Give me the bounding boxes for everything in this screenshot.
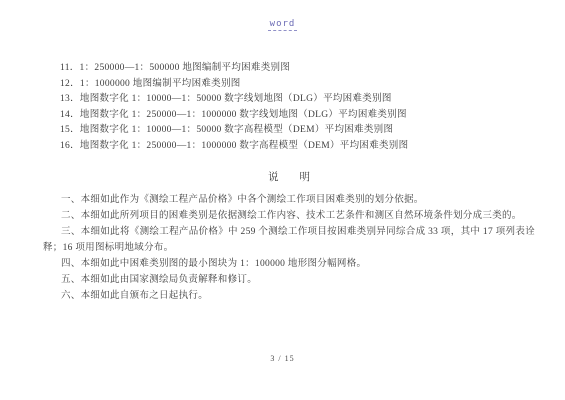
document-page: word 11．1：250000—1：500000 地图编制平均困难类别图 12… xyxy=(0,0,565,400)
list-item: 12．1：1000000 地图编制平均困难类别图 xyxy=(60,77,535,93)
page-number: 3 / 15 xyxy=(0,354,565,363)
page-header: word xyxy=(0,13,565,31)
paragraph: 六、本细如此自颁布之日起执行。 xyxy=(43,288,535,304)
paragraph: 三、本细如此将《测绘工程产品价格》中 259 个测绘工作项目按困难类别异同综合成… xyxy=(43,224,535,256)
document-content: 11．1：250000—1：500000 地图编制平均困难类别图 12．1：10… xyxy=(43,61,535,304)
paragraph: 四、本细如此中困难类别图的最小图块为 1：100000 地形图分幅网格。 xyxy=(43,256,535,272)
paragraph: 二、本细如此所列项目的困难类别是依据测绘工作内容、技术工艺条件和测区自然环境条件… xyxy=(43,208,535,224)
list-item: 16．地图数字化 1：250000—1：1000000 数字高程模型（DEM）平… xyxy=(60,139,535,155)
paragraph: 五、本细如此由国家测绘局负责解释和修订。 xyxy=(43,272,535,288)
section-title: 说 明 xyxy=(43,170,535,186)
list-item: 15．地图数字化 1：10000—1：50000 数字高程模型（DEM）平均困难… xyxy=(60,123,535,139)
list-item: 14．地图数字化 1：250000—1：1000000 数字线划地图（DLG）平… xyxy=(60,108,535,124)
notes-paragraphs: 一、本细如此作为《测绘工程产品价格》中各个测绘工作项目困难类别的划分依据。 二、… xyxy=(43,192,535,304)
difficulty-map-list: 11．1：250000—1：500000 地图编制平均困难类别图 12．1：10… xyxy=(60,61,535,154)
word-watermark-link[interactable]: word xyxy=(268,19,298,31)
list-item: 11．1：250000—1：500000 地图编制平均困难类别图 xyxy=(60,61,535,77)
list-item: 13．地图数字化 1：10000—1：50000 数字线划地图（DLG）平均困难… xyxy=(60,92,535,108)
paragraph: 一、本细如此作为《测绘工程产品价格》中各个测绘工作项目困难类别的划分依据。 xyxy=(43,192,535,208)
